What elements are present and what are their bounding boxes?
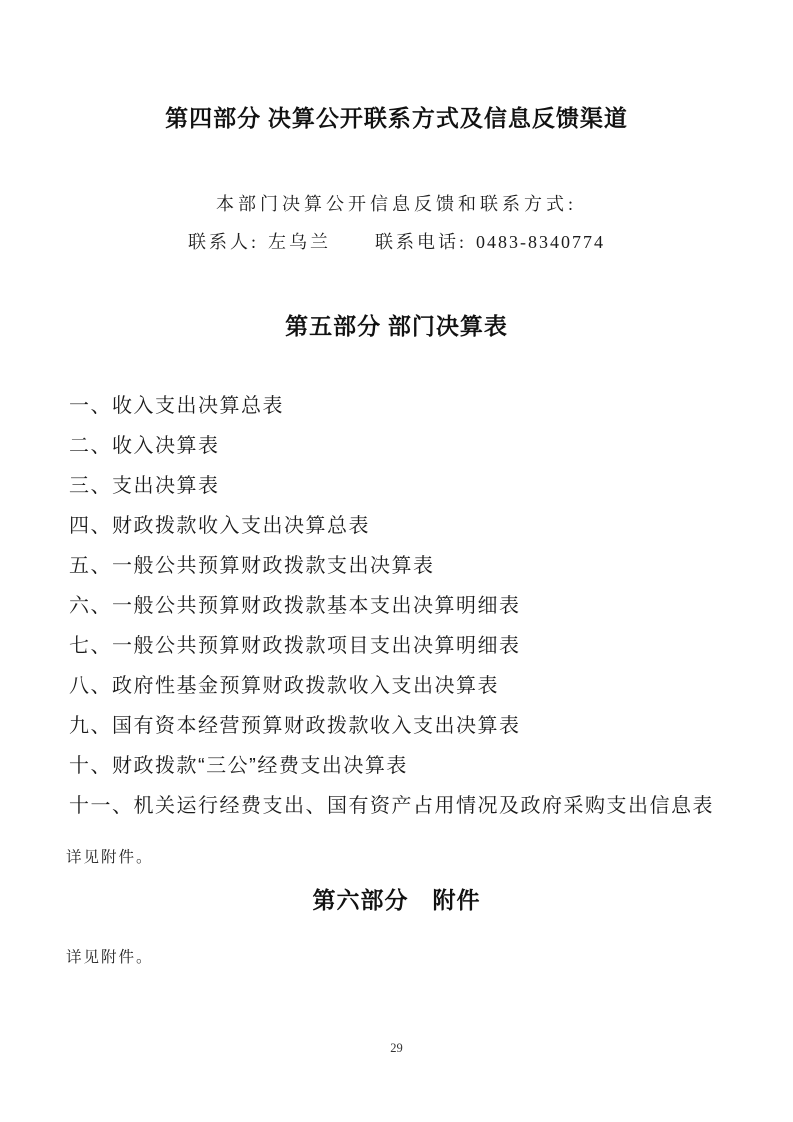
document-page: 第四部分 决算公开联系方式及信息反馈渠道 本部门决算公开信息反馈和联系方式: 联… [0, 0, 793, 1122]
table-list-item-7: 七、一般公共预算财政拨款项目支出决算明细表 [69, 626, 757, 666]
table-list-item-8: 八、政府性基金预算财政拨款收入支出决算表 [69, 666, 757, 706]
contact-person-name: 左乌兰 [268, 232, 331, 252]
section4-title: 第四部分 决算公开联系方式及信息反馈渠道 [0, 0, 793, 136]
contact-person: 联系人:左乌兰 [188, 230, 331, 254]
contact-line: 联系人:左乌兰 联系电话:0483-8340774 [0, 230, 793, 254]
table-list-item-2: 二、收入决算表 [69, 426, 757, 466]
contact-phone-label: 联系电话: [375, 232, 467, 252]
table-list-item-9: 九、国有资本经营预算财政拨款收入支出决算表 [69, 706, 757, 746]
see-attachment-note-2: 详见附件。 [66, 947, 793, 969]
table-list-item-6: 六、一般公共预算财政拨款基本支出决算明细表 [69, 586, 757, 626]
contact-phone: 联系电话:0483-8340774 [375, 230, 605, 254]
contact-phone-number: 0483-8340774 [476, 232, 605, 252]
table-list-item-10: 十、财政拨款“三公”经费支出决算表 [69, 746, 757, 786]
section5-title: 第五部分 部门决算表 [0, 310, 793, 344]
statement-table-list: 一、收入支出决算总表 二、收入决算表 三、支出决算表 四、财政拨款收入支出决算总… [69, 386, 757, 826]
page-number: 29 [0, 1040, 793, 1056]
see-attachment-note-1: 详见附件。 [66, 847, 793, 869]
section6-title: 第六部分 附件 [0, 884, 793, 918]
contact-person-label: 联系人: [188, 232, 259, 252]
table-list-item-11: 十一、机关运行经费支出、国有资产占用情况及政府采购支出信息表 [69, 786, 757, 826]
table-list-item-3: 三、支出决算表 [69, 466, 757, 506]
table-list-item-5: 五、一般公共预算财政拨款支出决算表 [69, 546, 757, 586]
contact-intro: 本部门决算公开信息反馈和联系方式: [0, 192, 793, 216]
table-list-item-4: 四、财政拨款收入支出决算总表 [69, 506, 757, 546]
table-list-item-1: 一、收入支出决算总表 [69, 386, 757, 426]
